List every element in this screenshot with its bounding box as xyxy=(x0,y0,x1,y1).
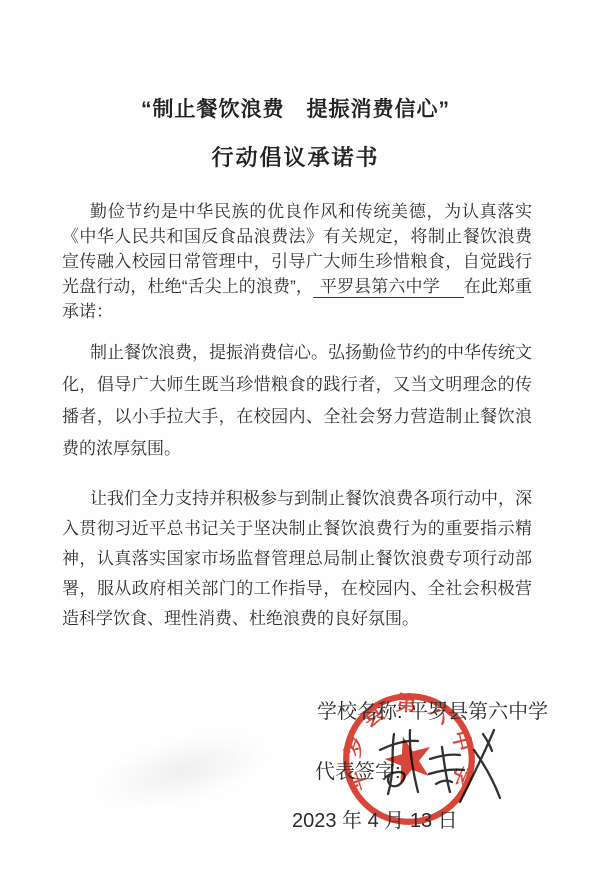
school-name-fill-in: 平罗县第六中学 xyxy=(313,277,464,298)
document-title: “制止餐饮浪费 提振消费信心” xyxy=(0,93,591,123)
school-name-label: 学校名称: xyxy=(317,701,408,723)
paragraph-pledge: 制止餐饮浪费，提振消费信心。弘扬勤俭节约的中华传统文化，倡导广大师生既当珍惜粮食… xyxy=(62,337,532,465)
document-subtitle: 行动倡议承诺书 xyxy=(0,141,591,172)
handwritten-signature xyxy=(372,722,522,817)
school-name-value: 平罗县第六中学 xyxy=(408,701,548,723)
school-name-line: 学校名称: 平罗县第六中学 xyxy=(317,695,548,724)
scan-smudge-artifact xyxy=(90,718,276,823)
paragraph-action: 让我们全力支持并积极参与到制止餐饮浪费各项行动中，深入贯彻习近平总书记关于坚决制… xyxy=(62,484,532,634)
paragraph-intro: 勤俭节约是中华民族的优良作风和传统美德，为认真落实《中华人民共和国反食品浪费法》… xyxy=(62,199,532,324)
scanned-document-page: “制止餐饮浪费 提振消费信心” 行动倡议承诺书 勤俭节约是中华民族的优良作风和传… xyxy=(0,0,591,886)
